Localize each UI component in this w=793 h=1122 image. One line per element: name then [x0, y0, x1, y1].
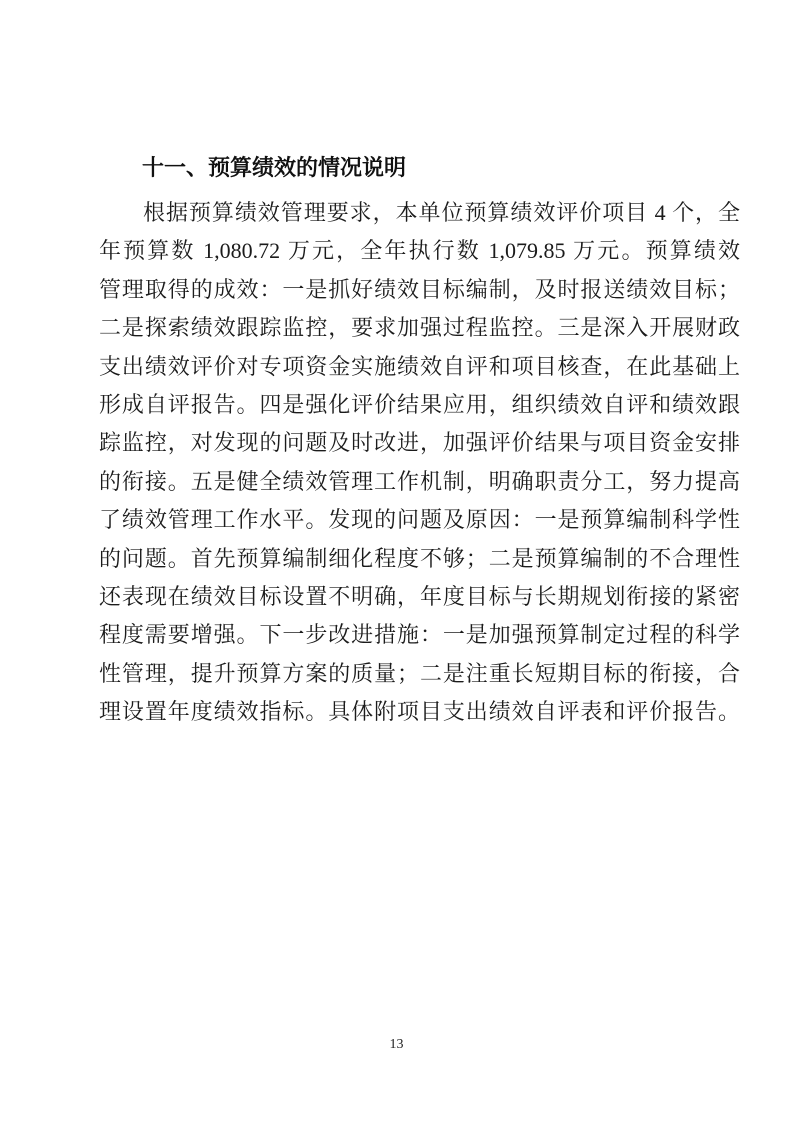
paragraph-line: 踪监控，对发现的问题及时改进，加强评价结果与项目资金安排: [99, 424, 740, 462]
paragraph-line: 性管理，提升预算方案的质量；二是注重长短期目标的衔接，合: [99, 655, 740, 693]
paragraph-line: 管理取得的成效：一是抓好绩效目标编制，及时报送绩效目标；: [99, 271, 740, 309]
section-budget-performance: 十一、预算绩效的情况说明 根据预算绩效管理要求，本单位预算绩效评价项目 4 个，…: [99, 154, 740, 731]
paragraph-line: 了绩效管理工作水平。发现的问题及原因：一是预算编制科学性: [99, 501, 740, 539]
paragraph-line: 的问题。首先预算编制细化程度不够；二是预算编制的不合理性: [99, 540, 740, 578]
paragraph-line: 理设置年度绩效指标。具体附项目支出绩效自评表和评价报告。: [99, 693, 740, 731]
paragraph-line: 的衔接。五是健全绩效管理工作机制，明确职责分工，努力提高: [99, 463, 740, 501]
paragraph-line: 还表现在绩效目标设置不明确，年度目标与长期规划衔接的紧密: [99, 578, 740, 616]
page-number: 13: [0, 1036, 793, 1054]
paragraph: 根据预算绩效管理要求，本单位预算绩效评价项目 4 个，全 年预算数 1,080.…: [99, 194, 740, 731]
paragraph-line: 根据预算绩效管理要求，本单位预算绩效评价项目 4 个，全: [99, 194, 740, 232]
paragraph-line: 年预算数 1,080.72 万元，全年执行数 1,079.85 万元。预算绩效: [99, 232, 740, 270]
paragraph-line: 二是探索绩效跟踪监控，要求加强过程监控。三是深入开展财政: [99, 309, 740, 347]
document-page: 十一、预算绩效的情况说明 根据预算绩效管理要求，本单位预算绩效评价项目 4 个，…: [0, 0, 793, 1122]
paragraph-line: 程度需要增强。下一步改进措施：一是加强预算制定过程的科学: [99, 616, 740, 654]
paragraph-line: 支出绩效评价对专项资金实施绩效自评和项目核查，在此基础上: [99, 348, 740, 386]
section-heading: 十一、预算绩效的情况说明: [142, 154, 740, 181]
paragraph-line: 形成自评报告。四是强化评价结果应用，组织绩效自评和绩效跟: [99, 386, 740, 424]
